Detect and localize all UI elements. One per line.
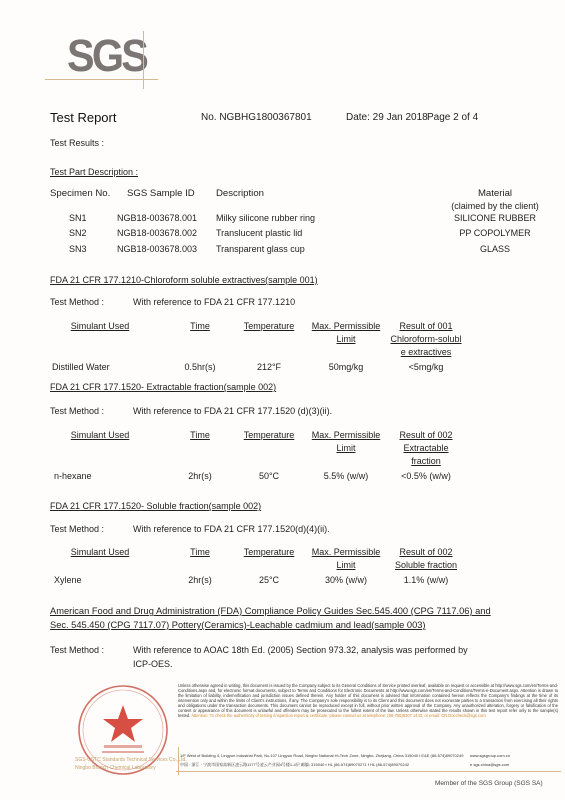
th-temperature: Temperature [234, 430, 304, 440]
authenticity-notice: Attention: To check the authenticity of … [191, 713, 485, 718]
th-time: Time [180, 321, 220, 331]
table-cell: Milky silicone rubber ring [216, 213, 315, 223]
td-temperature: 25°C [234, 575, 304, 585]
sgs-logo: SGS [45, 28, 175, 90]
td-limit: 5.5% (w/w) [306, 471, 386, 481]
th-result-2: Soluble fraction [388, 560, 464, 570]
section-title-1520-extractable: FDA 21 CFR 177.1520- Extractable fractio… [50, 382, 276, 392]
page-indicator: Page 2 of 4 [427, 112, 478, 123]
table-cell: SN2 [69, 228, 87, 238]
th-time: Time [180, 430, 220, 440]
report-number: No. NGBHG1800367801 [201, 112, 312, 123]
td-temperature: 50°C [234, 471, 304, 481]
th-result-3: e extractives [390, 347, 462, 357]
report-date: Date: 29 Jan 2018 [346, 112, 428, 123]
test-results-label: Test Results : [50, 138, 104, 148]
th-result-3: fraction [390, 456, 462, 466]
th-result: Result of 002 [388, 547, 464, 557]
th-temperature: Temperature [234, 547, 304, 557]
address-rule [176, 771, 561, 772]
table-cell: PP COPOLYMER [430, 228, 560, 238]
website: www.sgsgroup.com.cn [470, 753, 510, 758]
logo-text: SGS [67, 30, 146, 82]
test-method-label: Test Method : [50, 297, 104, 307]
member-statement: Member of the SGS Group (SGS SA) [435, 780, 543, 787]
td-simulant: Xylene [54, 575, 82, 585]
report-title: Test Report [50, 110, 116, 125]
test-method-text: With reference to FDA 21 CFR 177.1520 (d… [133, 406, 332, 416]
th-max-limit-2: Limit [306, 443, 386, 453]
test-method-text: With reference to FDA 21 CFR 177.1210 [133, 297, 295, 307]
table-cell: NGB18-003678.003 [117, 244, 197, 254]
col-material-note: (claimed by the client) [430, 201, 560, 211]
th-temperature: Temperature [234, 321, 304, 331]
table-cell: SN1 [69, 213, 87, 223]
td-time: 0.5hr(s) [180, 362, 220, 372]
th-simulant: Simulant Used [60, 547, 140, 557]
test-method-label: Test Method : [50, 406, 104, 416]
test-method-label: Test Method : [50, 524, 104, 534]
th-result: Result of 001 [390, 321, 462, 331]
test-method-text-2: ICP-OES. [133, 659, 173, 669]
th-result: Result of 002 [390, 430, 462, 440]
section-title-1520-soluble: FDA 21 CFR 177.1520- Soluble fraction(sa… [50, 501, 261, 511]
table-cell: SN3 [69, 244, 87, 254]
section-title-cpg-line2: Sec. 545.450 (CPG 7117.07) Pottery(Ceram… [50, 620, 426, 630]
stamp-branch: Ningbo Branch Chemical Laboratory [75, 765, 156, 771]
stamp-company: SGS-CSTC Standards Technical Services Co… [75, 757, 187, 763]
logo-rule-vertical [143, 31, 144, 89]
td-limit: 50mg/kg [306, 362, 386, 372]
td-limit: 30% (w/w) [306, 575, 386, 585]
table-cell: Transparent glass cup [216, 244, 305, 254]
td-result: <0.5% (w/w) [390, 471, 462, 481]
email: e sgs.china@sgs.com [470, 762, 509, 767]
td-result: <5mg/kg [390, 362, 462, 372]
th-max-limit: Max. Permissible [306, 321, 386, 331]
th-max-limit-2: Limit [306, 560, 386, 570]
section-title-cpg-line1: American Food and Drug Administration (F… [50, 606, 491, 616]
table-cell: Translucent plastic lid [216, 228, 302, 238]
td-result: 1.1% (w/w) [388, 575, 464, 585]
col-description: Description [216, 188, 264, 199]
table-cell: SILICONE RUBBER [430, 213, 560, 223]
th-max-limit: Max. Permissible [306, 430, 386, 440]
address-line-1: 1/F West of Building 4, Lingyun Industri… [180, 753, 463, 758]
table-cell: NGB18-003678.002 [117, 228, 197, 238]
th-simulant: Simulant Used [60, 321, 140, 331]
td-simulant: Distilled Water [52, 362, 110, 372]
th-max-limit-2: Limit [306, 334, 386, 344]
test-method-text: With reference to FDA 21 CFR 177.1520(d)… [133, 524, 330, 534]
td-temperature: 212°F [234, 362, 304, 372]
col-material: Material [445, 188, 545, 199]
section-title-1210: FDA 21 CFR 177.1210-Chloroform soluble e… [50, 275, 318, 285]
test-method-text: With reference to AOAC 18th Ed. (2005) S… [133, 645, 468, 655]
td-simulant: n-hexane [54, 471, 92, 481]
th-result-2: Extractable [390, 443, 462, 453]
th-simulant: Simulant Used [60, 430, 140, 440]
col-specimen-no: Specimen No. [50, 188, 110, 199]
th-result-2: Chloroform-solubl [390, 334, 462, 344]
logo-rule-horizontal [45, 79, 158, 80]
part-description-title: Test Part Description : [50, 167, 138, 177]
td-time: 2hr(s) [180, 575, 220, 585]
table-cell: GLASS [430, 244, 560, 254]
test-method-label: Test Method : [50, 645, 104, 655]
table-cell: NGB18-003678.001 [117, 213, 197, 223]
col-sample-id: SGS Sample ID [127, 188, 195, 199]
td-time: 2hr(s) [180, 471, 220, 481]
address-line-2: 中国 · 浙江 · 宁波市国家高新区凌云路1177号凌云产业园4号楼1-4层 邮… [180, 762, 409, 768]
legal-disclaimer: Unless otherwise agreed in writing, this… [178, 683, 558, 718]
th-time: Time [180, 547, 220, 557]
th-max-limit: Max. Permissible [306, 547, 386, 557]
